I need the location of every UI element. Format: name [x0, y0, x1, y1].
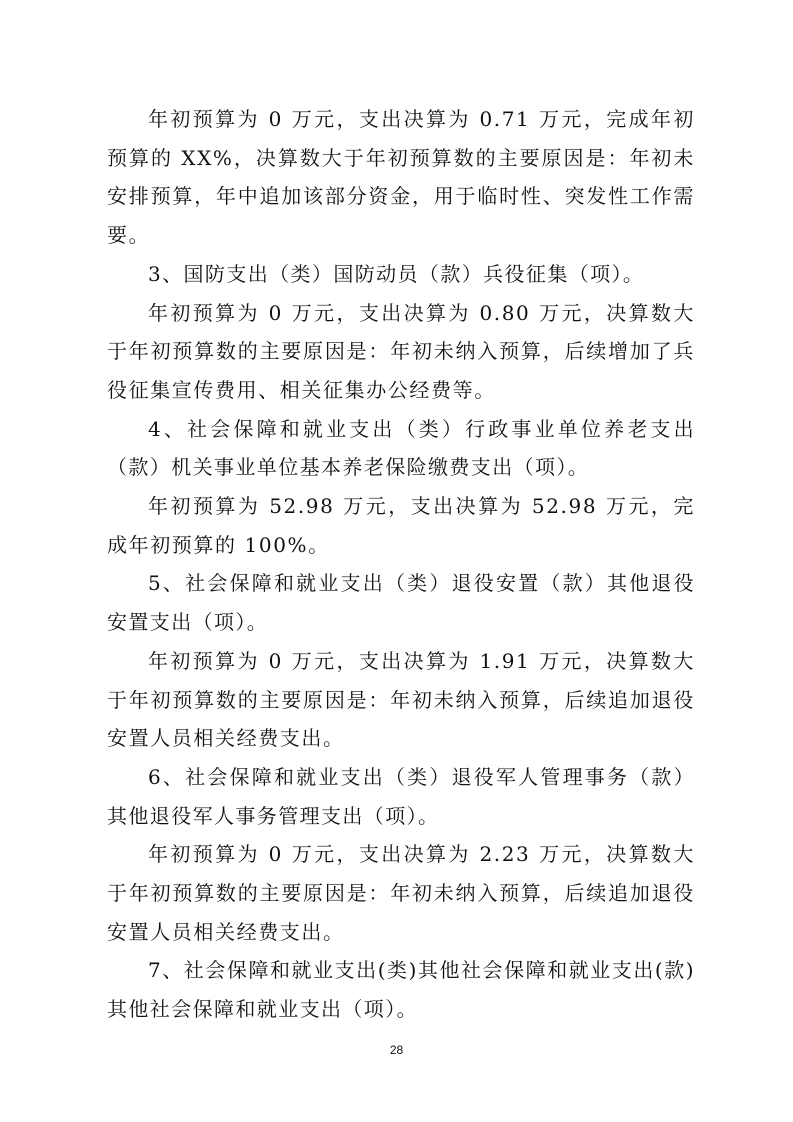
- paragraph-item-5-explanation: 年初预算为 0 万元，支出决算为 1.91 万元，决算数大于年初预算数的主要原因…: [107, 642, 695, 758]
- page-number: 28: [0, 1043, 793, 1057]
- section-heading-3-national-defense: 3、国防支出（类）国防动员（款）兵役征集（项）。: [107, 255, 695, 294]
- paragraph-item-6-explanation: 年初预算为 0 万元，支出决算为 2.23 万元，决算数大于年初预算数的主要原因…: [107, 835, 695, 951]
- section-heading-5-veteran-resettlement: 5、社会保障和就业支出（类）退役安置（款）其他退役安置支出（项）。: [107, 564, 695, 641]
- paragraph-item-4-explanation: 年初预算为 52.98 万元，支出决算为 52.98 万元，完成年初预算的 10…: [107, 487, 695, 564]
- paragraph-item-3-explanation: 年初预算为 0 万元，支出决算为 0.80 万元，决算数大于年初预算数的主要原因…: [107, 294, 695, 410]
- section-heading-6-veteran-affairs: 6、社会保障和就业支出（类）退役军人管理事务（款）其他退役军人事务管理支出（项）…: [107, 758, 695, 835]
- paragraph-item-0-budget-explanation: 年初预算为 0 万元，支出决算为 0.71 万元，完成年初预算的 XX%，决算数…: [107, 100, 695, 255]
- section-heading-4-pension-contribution: 4、社会保障和就业支出（类）行政事业单位养老支出（款）机关事业单位基本养老保险缴…: [107, 410, 695, 487]
- section-heading-7-other-social-security: 7、社会保障和就业支出(类)其他社会保障和就业支出(款)其他社会保障和就业支出（…: [107, 951, 695, 1028]
- document-page: 年初预算为 0 万元，支出决算为 0.71 万元，完成年初预算的 XX%，决算数…: [107, 100, 695, 1029]
